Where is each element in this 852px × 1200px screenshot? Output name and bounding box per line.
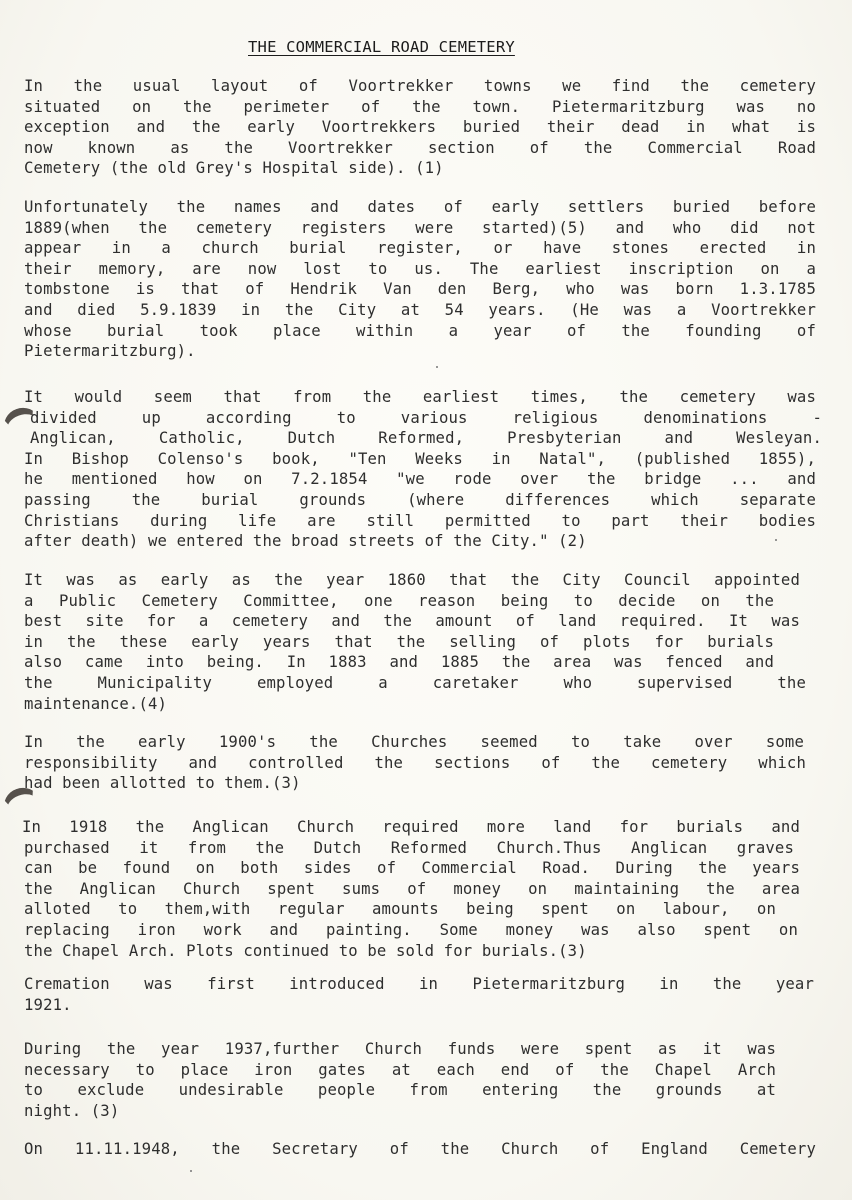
text-line: It was as early as the year 1860 that th… bbox=[24, 571, 800, 589]
text-line: In Bishop Colenso's book, "Ten Weeks in … bbox=[24, 450, 816, 468]
text-line: also came into being. In 1883 and 1885 t… bbox=[24, 653, 774, 671]
text-line: In the early 1900's the Churches seemed … bbox=[24, 733, 804, 751]
text-line: exception and the early Voortrekkers bur… bbox=[24, 118, 816, 136]
text-line: Unfortunately the names and dates of ear… bbox=[24, 198, 816, 216]
text-line: responsibility and controlled the sectio… bbox=[24, 754, 806, 772]
text-line: In 1918 the Anglican Church required mor… bbox=[22, 818, 800, 836]
text-line: necessary to place iron gates at each en… bbox=[24, 1061, 776, 1079]
text-line: a Public Cemetery Committee, one reason … bbox=[24, 592, 774, 610]
text-line: During the year 1937,further Church fund… bbox=[24, 1040, 776, 1058]
text-line: best site for a cemetery and the amount … bbox=[24, 612, 800, 630]
text-line: situated on the perimeter of the town. P… bbox=[24, 98, 816, 116]
text-line: the Chapel Arch. Plots continued to be s… bbox=[24, 942, 587, 960]
text-line: whose burial took place within a year of… bbox=[24, 322, 816, 340]
text-line: after death) we entered the broad street… bbox=[24, 532, 587, 550]
document-title: THE COMMERCIAL ROAD CEMETERY bbox=[248, 38, 515, 56]
text-line: 1921. bbox=[24, 996, 72, 1014]
text-line: he mentioned how on 7.2.1854 "we rode ov… bbox=[24, 470, 816, 488]
text-line: the Municipality employed a caretaker wh… bbox=[24, 674, 806, 692]
text-line: divided up according to various religiou… bbox=[30, 409, 822, 427]
text-line: the Anglican Church spent sums of money … bbox=[24, 880, 800, 898]
text-line: tombstone is that of Hendrik Van den Ber… bbox=[24, 280, 816, 298]
text-line: 1889(when the cemetery registers were st… bbox=[24, 219, 816, 237]
text-line: to exclude undesirable people from enter… bbox=[24, 1081, 776, 1099]
text-line: On 11.11.1948, the Secretary of the Chur… bbox=[24, 1140, 816, 1158]
text-line: and died 5.9.1839 in the City at 54 year… bbox=[24, 301, 816, 319]
text-line: It would seem that from the earliest tim… bbox=[24, 388, 816, 406]
text-line: Cremation was first introduced in Pieter… bbox=[24, 975, 814, 993]
text-line: alloted to them,with regular amounts bei… bbox=[24, 900, 776, 918]
text-line: replacing iron work and painting. Some m… bbox=[24, 921, 798, 939]
paper-speck bbox=[436, 366, 438, 368]
text-line: purchased it from the Dutch Reformed Chu… bbox=[24, 839, 794, 857]
text-line: night. (3) bbox=[24, 1102, 119, 1120]
text-line: Christians during life are still permitt… bbox=[24, 512, 816, 530]
text-line: appear in a church burial register, or h… bbox=[24, 239, 816, 257]
text-line: their memory, are now lost to us. The ea… bbox=[24, 260, 816, 278]
scanned-page: THE COMMERCIAL ROAD CEMETERY In the usua… bbox=[0, 0, 852, 1200]
text-line: now known as the Voortrekker section of … bbox=[24, 139, 816, 157]
text-line: can be found on both sides of Commercial… bbox=[24, 859, 800, 877]
text-line: Anglican, Catholic, Dutch Reformed, Pres… bbox=[30, 429, 822, 447]
text-line: Pietermaritzburg). bbox=[24, 342, 196, 360]
text-line: In the usual layout of Voortrekker towns… bbox=[24, 77, 816, 95]
text-line: maintenance.(4) bbox=[24, 695, 167, 713]
text-line: in the these early years that the sellin… bbox=[24, 633, 774, 651]
text-line: had been allotted to them.(3) bbox=[24, 774, 301, 792]
text-line: passing the burial grounds (where differ… bbox=[24, 491, 816, 509]
paper-speck bbox=[190, 1170, 192, 1172]
paper-speck bbox=[775, 539, 777, 541]
text-line: Cemetery (the old Grey's Hospital side).… bbox=[24, 159, 444, 177]
